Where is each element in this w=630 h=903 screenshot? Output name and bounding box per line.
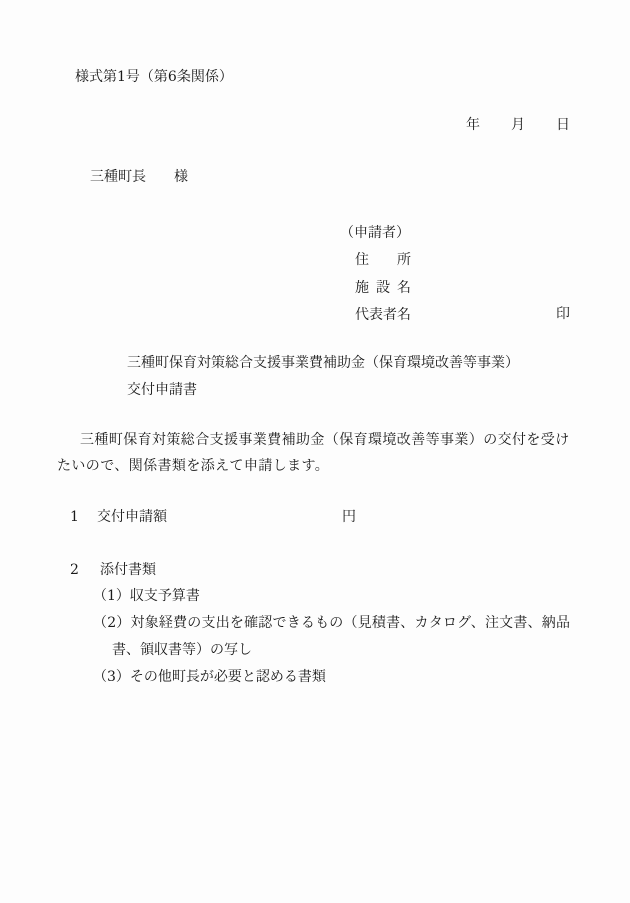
date-fields: 年 月 日 [466,117,571,133]
item1-number: 1 [70,509,79,525]
form-number: 様式第1号（第6条関係） [75,69,233,85]
applicant-facility-name-label: 施 設 名 [355,280,411,296]
seal-placeholder: 印 [556,306,570,322]
attachment-item-3: （3）その他町長が必要と認める書類 [93,669,326,685]
addressee-line: 三種町長 様 [90,169,188,185]
attachment-item-2-line2: 書、領収書等）の写し [112,642,252,658]
attachment-item-2-line1: （2）対象経費の支出を確認できるもの（見積書、カタログ、注文書、納品 [93,615,570,631]
document-title-line1: 三種町保育対策総合支援事業費補助金（保育環境改善等事業） [127,355,519,371]
item1-currency-unit: 円 [342,509,356,525]
applicant-section-heading: （申請者） [340,225,410,241]
item2-attachments-label: 添付書類 [100,562,156,578]
document-title-line2: 交付申請書 [127,382,197,398]
item1-application-amount-label: 交付申請額 [97,509,167,525]
body-paragraph-line1: 三種町保育対策総合支援事業費補助金（保育環境改善等事業）の交付を受け [80,432,570,448]
application-form-page: 様式第1号（第6条関係） 年 月 日 三種町長 様 （申請者） 住 所 施 設 … [0,0,630,903]
applicant-representative-label: 代表者名 [355,307,411,323]
applicant-address-label: 住 所 [355,252,411,268]
item2-number: 2 [70,562,79,578]
body-paragraph-line2: たいので、関係書類を添えて申請します。 [57,458,329,474]
attachment-item-1: （1）収支予算書 [93,588,200,604]
